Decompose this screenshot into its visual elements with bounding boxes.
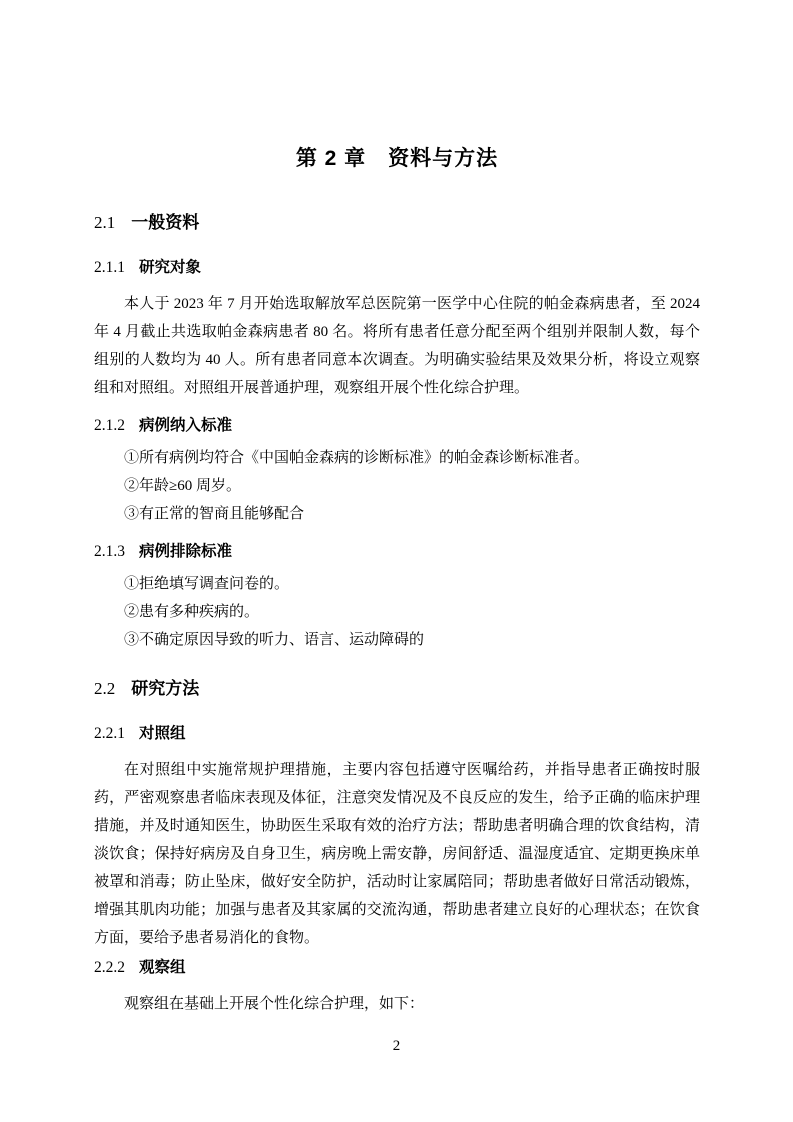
subsection-heading-2-2-2: 2.2.2观察组	[94, 958, 700, 978]
inclusion-criteria-list: ①所有病例均符合《中国帕金森病的诊断标准》的帕金森诊断标准者。 ②年龄≥60 周…	[94, 444, 700, 528]
list-item: ③不确定原因导致的听力、语言、运动障碍的	[94, 626, 700, 654]
chapter-title: 第 2 章 资料与方法	[94, 146, 700, 172]
document-page: 第 2 章 资料与方法 2.1一般资料 2.1.1研究对象 本人于 2023 年…	[0, 0, 793, 1122]
list-item: ②患有多种疾病的。	[94, 598, 700, 626]
section-heading-2-2: 2.2研究方法	[94, 678, 700, 700]
subsection-heading-2-1-1: 2.1.1研究对象	[94, 258, 700, 278]
list-item: ②年龄≥60 周岁。	[94, 472, 700, 500]
subsection-number: 2.2.1	[94, 725, 125, 742]
subsection-number: 2.2.2	[94, 959, 125, 976]
section-title: 研究方法	[131, 679, 199, 698]
subsection-number: 2.1.2	[94, 417, 125, 434]
subsection-title: 研究对象	[139, 259, 201, 276]
section-number: 2.1	[94, 213, 115, 232]
section-heading-2-1: 2.1一般资料	[94, 212, 700, 234]
subsection-heading-2-1-3: 2.1.3病例排除标准	[94, 542, 700, 562]
exclusion-criteria-list: ①拒绝填写调查问卷的。 ②患有多种疾病的。 ③不确定原因导致的听力、语言、运动障…	[94, 570, 700, 654]
paragraph-research-subjects: 本人于 2023 年 7 月开始选取解放军总医院第一医学中心住院的帕金森病患者，…	[94, 290, 700, 402]
subsection-title: 病例纳入标准	[139, 417, 232, 434]
subsection-number: 2.1.1	[94, 259, 125, 276]
subsection-title: 对照组	[139, 725, 186, 742]
subsection-title: 病例排除标准	[139, 543, 232, 560]
paragraph-control-group: 在对照组中实施常规护理措施，主要内容包括遵守医嘱给药，并指导患者正确按时服药，严…	[94, 756, 700, 952]
subsection-heading-2-1-2: 2.1.2病例纳入标准	[94, 416, 700, 436]
subsection-title: 观察组	[139, 959, 186, 976]
section-title: 一般资料	[131, 213, 199, 232]
list-item: ①拒绝填写调查问卷的。	[94, 570, 700, 598]
subsection-number: 2.1.3	[94, 543, 125, 560]
subsection-heading-2-2-1: 2.2.1对照组	[94, 724, 700, 744]
page-number: 2	[0, 1036, 793, 1056]
section-number: 2.2	[94, 679, 115, 698]
paragraph-observation-group: 观察组在基础上开展个性化综合护理，如下：	[94, 990, 700, 1018]
list-item: ③有正常的智商且能够配合	[94, 500, 700, 528]
list-item: ①所有病例均符合《中国帕金森病的诊断标准》的帕金森诊断标准者。	[94, 444, 700, 472]
